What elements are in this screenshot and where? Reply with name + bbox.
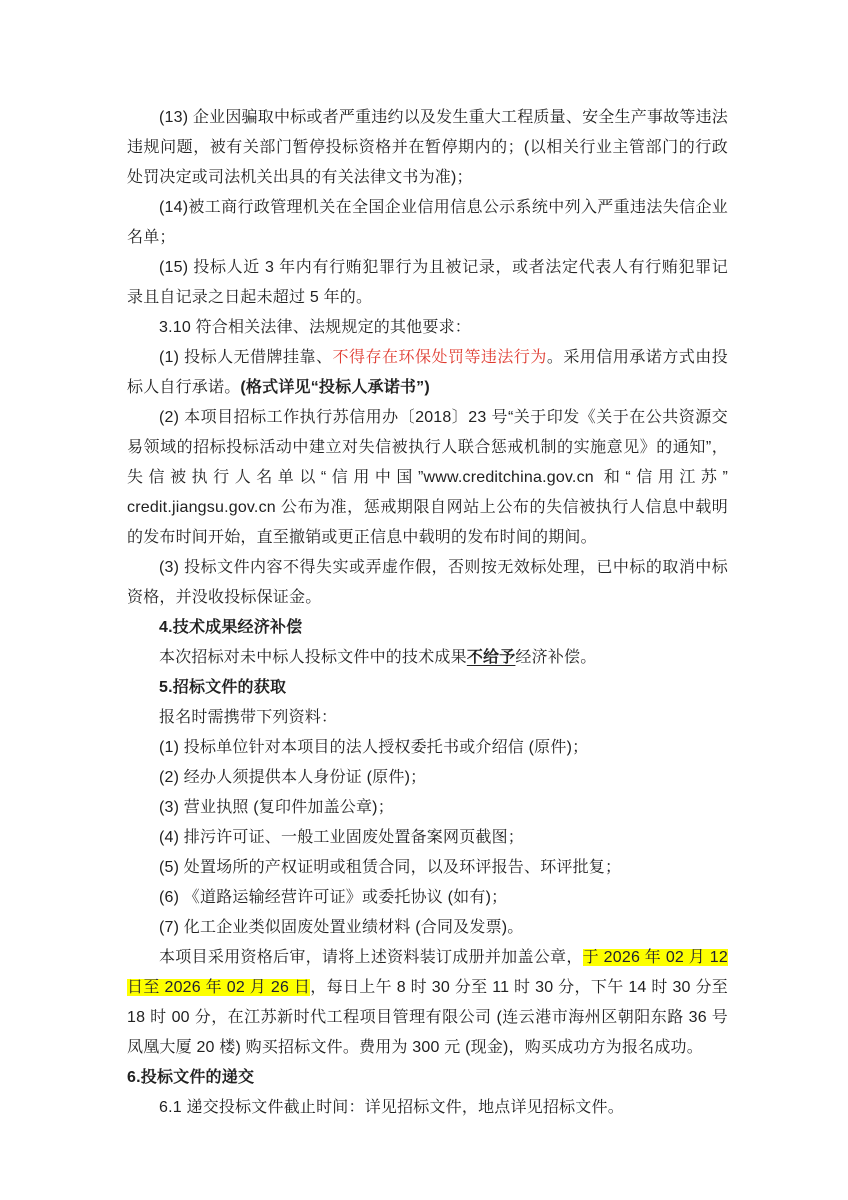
text-segment: (格式详见“投标人承诺书”) <box>240 379 429 396</box>
paragraph: 报名时需携带下列资料： <box>127 703 728 733</box>
paragraph: 6.1 递交投标文件截止时间：详见招标文件，地点详见招标文件。 <box>127 1093 728 1123</box>
paragraph: (3) 投标文件内容不得失实或弄虚作假，否则按无效标处理，已中标的取消中标资格，… <box>127 553 728 613</box>
text-segment: 报名时需携带下列资料： <box>159 709 337 726</box>
text-segment: (5) 处置场所的产权证明或租赁合同，以及环评报告、环评批复； <box>159 859 621 876</box>
paragraph: (1) 投标人无借牌挂靠、不得存在环保处罚等违法行为。采用信用承诺方式由投标人自… <box>127 343 728 403</box>
text-segment: 6.投标文件的递交 <box>127 1069 254 1086</box>
paragraph: (14)被工商行政管理机关在全国企业信用信息公示系统中列入严重违法失信企业名单； <box>127 193 728 253</box>
paragraph: (1) 投标单位针对本项目的法人授权委托书或介绍信 (原件)； <box>127 733 728 763</box>
paragraph: (15) 投标人近 3 年内有行贿犯罪行为且被记录，或者法定代表人有行贿犯罪记录… <box>127 253 728 313</box>
text-segment: 4.技术成果经济补偿 <box>159 619 302 636</box>
section-heading: 6.投标文件的递交 <box>127 1063 728 1093</box>
text-segment: (14)被工商行政管理机关在全国企业信用信息公示系统中列入严重违法失信企业名单； <box>127 199 728 246</box>
paragraph: 本次招标对未中标人投标文件中的技术成果不给予经济补偿。 <box>127 643 728 673</box>
paragraph: (13) 企业因骗取中标或者严重违约以及发生重大工程质量、安全生产事故等违法违规… <box>127 103 728 193</box>
text-segment: (7) 化工企业类似固废处置业绩材料 (合同及发票)。 <box>159 919 524 936</box>
text-segment: (2) 本项目招标工作执行苏信用办〔2018〕23 号“关于印发《关于在公共资源… <box>127 409 728 546</box>
paragraph: (4) 排污许可证、一般工业固废处置备案网页截图； <box>127 823 728 853</box>
text-segment: 6.1 递交投标文件截止时间：详见招标文件，地点详见招标文件。 <box>159 1099 624 1116</box>
paragraph: 3.10 符合相关法律、法规规定的其他要求： <box>127 313 728 343</box>
text-segment: (3) 投标文件内容不得失实或弄虚作假，否则按无效标处理，已中标的取消中标资格，… <box>127 559 728 606</box>
text-segment: 经济补偿。 <box>515 649 596 666</box>
document-page: (13) 企业因骗取中标或者严重违约以及发生重大工程质量、安全生产事故等违法违规… <box>0 0 848 1200</box>
paragraph: (2) 本项目招标工作执行苏信用办〔2018〕23 号“关于印发《关于在公共资源… <box>127 403 728 553</box>
paragraph: 本项目采用资格后审，请将上述资料装订成册并加盖公章，于 2026 年 02 月 … <box>127 943 728 1063</box>
text-segment: (13) 企业因骗取中标或者严重违约以及发生重大工程质量、安全生产事故等违法违规… <box>127 109 728 186</box>
red-emphasis-text: 不得存在环保处罚等违法行为 <box>333 349 547 366</box>
text-segment: (15) 投标人近 3 年内有行贿犯罪行为且被记录，或者法定代表人有行贿犯罪记录… <box>127 259 728 306</box>
text-segment: 3.10 符合相关法律、法规规定的其他要求： <box>159 319 471 336</box>
text-segment: (6) 《道路运输经营许可证》或委托协议 (如有)； <box>159 889 507 906</box>
paragraph: (3) 营业执照 (复印件加盖公章)； <box>127 793 728 823</box>
paragraph: (5) 处置场所的产权证明或租赁合同，以及环评报告、环评批复； <box>127 853 728 883</box>
text-segment: (3) 营业执照 (复印件加盖公章)； <box>159 799 394 816</box>
section-heading: 5.招标文件的获取 <box>127 673 728 703</box>
paragraph: (7) 化工企业类似固废处置业绩材料 (合同及发票)。 <box>127 913 728 943</box>
document-body: (13) 企业因骗取中标或者严重违约以及发生重大工程质量、安全生产事故等违法违规… <box>127 103 728 1123</box>
text-segment: (1) 投标人无借牌挂靠、 <box>159 349 333 366</box>
paragraph: (6) 《道路运输经营许可证》或委托协议 (如有)； <box>127 883 728 913</box>
text-segment: (1) 投标单位针对本项目的法人授权委托书或介绍信 (原件)； <box>159 739 588 756</box>
text-segment: (4) 排污许可证、一般工业固废处置备案网页截图； <box>159 829 524 846</box>
text-segment: 5.招标文件的获取 <box>159 679 286 696</box>
section-heading: 4.技术成果经济补偿 <box>127 613 728 643</box>
text-segment: (2) 经办人须提供本人身份证 (原件)； <box>159 769 426 786</box>
text-segment: 本次招标对未中标人投标文件中的技术成果 <box>159 649 467 666</box>
bold-underline-text: 不给予 <box>467 649 516 666</box>
paragraph: (2) 经办人须提供本人身份证 (原件)； <box>127 763 728 793</box>
text-segment: 本项目采用资格后审，请将上述资料装订成册并加盖公章， <box>159 949 583 966</box>
